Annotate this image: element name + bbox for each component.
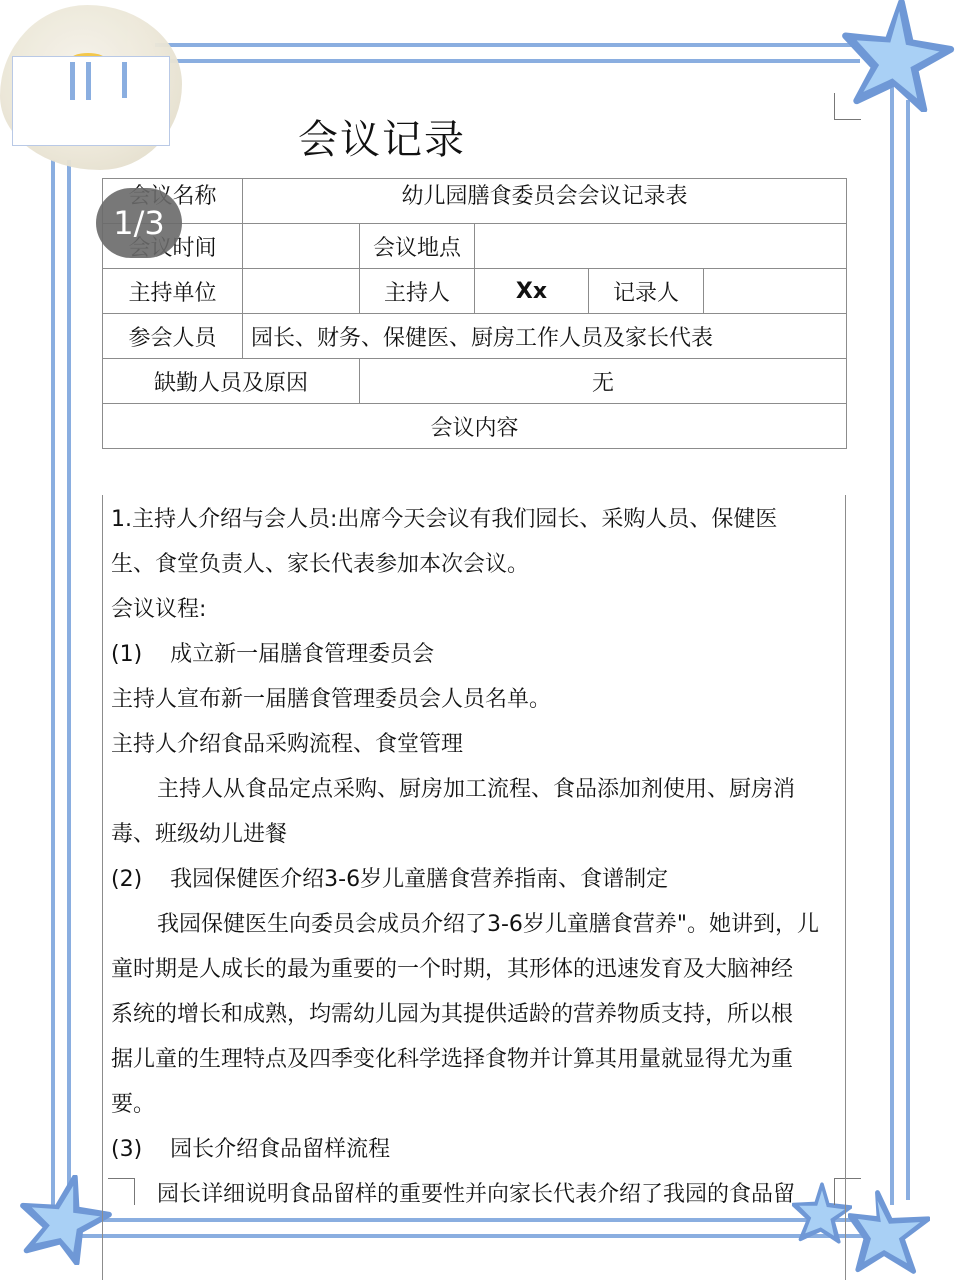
content-line: 主持人从食品定点采购、厨房加工流程、食品添加剂使用、厨房消 — [111, 777, 795, 803]
decorative-bar — [86, 62, 91, 100]
table-row-absent: 缺勤人员及原因 无 — [103, 359, 847, 404]
frame-left-outer-line — [51, 160, 55, 1210]
content-line: 我园保健医生向委员会成员介绍了3-6岁儿童膳食营养"。她讲到，儿 — [111, 912, 819, 938]
frame-top-inner-line — [160, 59, 860, 63]
absent-label: 缺勤人员及原因 — [103, 359, 360, 404]
table-row-meeting-name: 会议名称 幼儿园膳食委员会会议记录表 — [103, 179, 847, 224]
recorder-value — [704, 269, 847, 314]
table-row-attendees: 参会人员 园长、财务、保健医、厨房工作人员及家长代表 — [103, 314, 847, 359]
host-unit-label: 主持单位 — [103, 269, 243, 314]
content-line: (3) 园长介绍食品留样流程 — [111, 1137, 390, 1163]
host-unit-value — [243, 269, 360, 314]
meeting-place-value — [475, 224, 847, 269]
frame-right-outer-line — [906, 100, 910, 1200]
content-line: 系统的增长和成熟，均需幼儿园为其提供适龄的营养物质支持，所以根 — [111, 1002, 793, 1028]
frame-left-inner-line — [67, 160, 71, 1220]
attendees-label: 参会人员 — [103, 314, 243, 359]
frame-right-inner-line — [890, 85, 894, 1205]
attendees-value: 园长、财务、保健医、厨房工作人员及家长代表 — [243, 314, 847, 359]
content-header: 会议内容 — [103, 404, 847, 449]
meeting-time-value — [243, 224, 360, 269]
content-line: (2) 我园保健医介绍3-6岁儿童膳食营养指南、食谱制定 — [111, 867, 668, 893]
content-line: (1) 成立新一届膳食管理委员会 — [111, 642, 434, 668]
content-line: 主持人宣布新一届膳食管理委员会人员名单。 — [111, 687, 551, 713]
decorative-image-whiteout — [12, 56, 170, 146]
content-line: 据儿童的生理特点及四季变化科学选择食物并计算其用量就显得尤为重 — [111, 1047, 793, 1073]
content-line: 童时期是人成长的最为重要的一个时期，其形体的迅速发育及大脑神经 — [111, 957, 793, 983]
content-line: 会议议程: — [111, 597, 206, 623]
absent-value: 无 — [360, 359, 847, 404]
document-title: 会议记录 — [298, 108, 466, 165]
meeting-place-label: 会议地点 — [360, 224, 475, 269]
table-row-time-place: 会议时间 会议地点 — [103, 224, 847, 269]
table-row-content-header: 会议内容 — [103, 404, 847, 449]
recorder-label: 记录人 — [589, 269, 704, 314]
frame-top-outer-line — [155, 43, 875, 47]
content-line: 园长详细说明食品留样的重要性并向家长代表介绍了我园的食品留 — [111, 1182, 795, 1208]
star-icon — [20, 1175, 112, 1265]
table-row-host: 主持单位 主持人 Xx 记录人 — [103, 269, 847, 314]
meeting-info-table: 会议名称 幼儿园膳食委员会会议记录表 会议时间 会议地点 主持单位 主持人 Xx… — [102, 178, 847, 449]
content-line: 主持人介绍食品采购流程、食堂管理 — [111, 732, 463, 758]
crop-mark — [834, 93, 861, 120]
decorative-bar — [70, 62, 75, 100]
content-line: 要。 — [111, 1092, 155, 1118]
meeting-content: 1.主持人介绍与会人员:出席今天会议有我们园长、采购人员、保健医 生、食堂负责人… — [102, 495, 846, 1280]
content-line: 生、食堂负责人、家长代表参加本次会议。 — [111, 552, 529, 578]
host-label: 主持人 — [360, 269, 475, 314]
content-line: 1.主持人介绍与会人员:出席今天会议有我们园长、采购人员、保健医 — [111, 507, 777, 533]
meeting-name-value: 幼儿园膳食委员会会议记录表 — [243, 179, 847, 224]
host-value: Xx — [475, 269, 589, 314]
decorative-bar — [122, 62, 127, 98]
page-indicator-badge[interactable]: 1/3 — [96, 188, 182, 258]
content-line: 毒、班级幼儿进餐 — [111, 822, 287, 848]
